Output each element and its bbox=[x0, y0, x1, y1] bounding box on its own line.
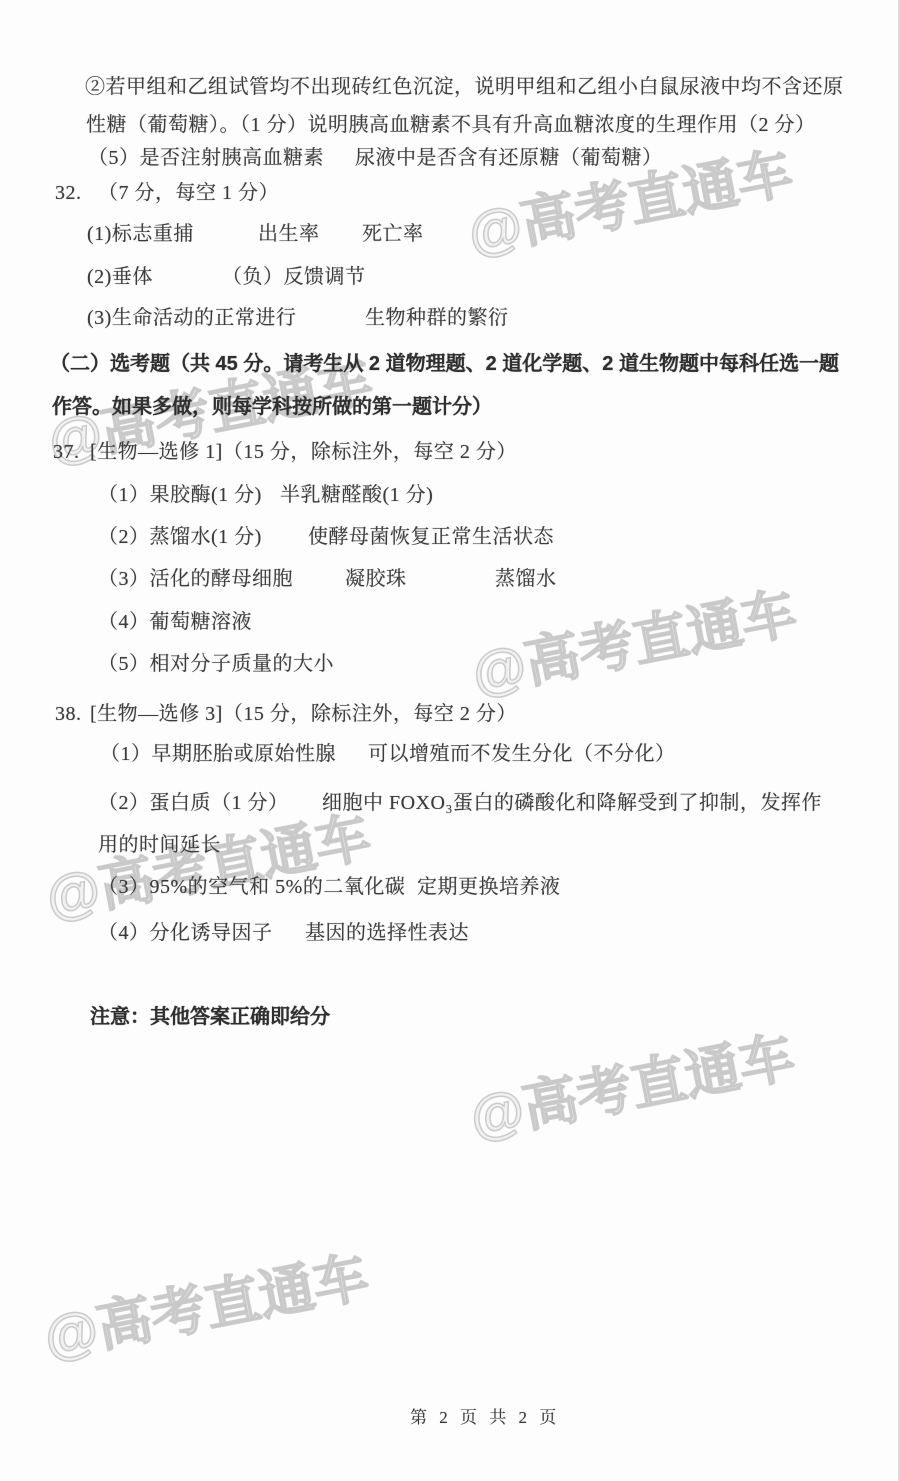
text-segment: （4）葡萄糖溶液 bbox=[98, 610, 252, 635]
document-page: @高考直通车@高考直通车@高考直通车@高考直通车@高考直通车@高考直通车 ②若甲… bbox=[0, 0, 900, 1481]
text-segment: 凝胶珠 bbox=[345, 567, 407, 592]
answer-content: ②若甲组和乙组试管均不出现砖红色沉淀，说明甲组和乙组小白鼠尿液中均不含还原性糖（… bbox=[0, 0, 900, 1481]
text-segment: 38. bbox=[55, 702, 82, 727]
text-segment: [生物—选修 3]（15 分，除标注外，每空 2 分） bbox=[90, 702, 517, 727]
text-segment: 使酵母菌恢复正常生活状态 bbox=[308, 525, 554, 550]
text-segment: 定期更换培养液 bbox=[417, 875, 561, 900]
page-number: 第 2 页 共 2 页 bbox=[410, 1408, 560, 1427]
text-segment: （5）相对分子质量的大小 bbox=[98, 652, 334, 677]
text-segment: 蒸馏水 bbox=[495, 567, 557, 592]
text-segment: 基因的选择性表达 bbox=[305, 921, 469, 946]
text-segment: 尿液中是否含有还原糖（葡萄糖） bbox=[355, 146, 663, 171]
text-segment: 可以增殖而不发生分化（不分化） bbox=[368, 742, 676, 767]
text-segment: （3）活化的酵母细胞 bbox=[98, 567, 293, 592]
text-segment: (3)生命活动的正常进行 bbox=[87, 306, 296, 331]
text-segment: （二）选考题（共 45 分。请考生从 2 道物理题、2 道化学题、2 道生物题中… bbox=[50, 352, 839, 377]
text-segment: 死亡率 bbox=[362, 222, 424, 247]
text-segment: （3）95%的空气和 5%的二氧化碳 bbox=[98, 875, 405, 900]
text-segment: ②若甲组和乙组试管均不出现砖红色沉淀，说明甲组和乙组小白鼠尿液中均不含还原 bbox=[85, 75, 844, 100]
text-segment: 作答。如果多做，则每学科按所做的第一题计分） bbox=[52, 395, 492, 420]
text-segment: 生物种群的繁衍 bbox=[365, 306, 509, 331]
text-segment: （1）早期胚胎或原始性腺 bbox=[100, 742, 336, 767]
text-segment: [生物—选修 1]（15 分，除标注外，每空 2 分） bbox=[90, 440, 517, 465]
text-segment: 出生率 bbox=[258, 222, 320, 247]
text-segment: 半乳糖醛酸(1 分) bbox=[280, 483, 433, 508]
page-footer: 第 2 页 共 2 页 bbox=[377, 1383, 560, 1448]
text-segment: （7 分，每空 1 分） bbox=[98, 181, 279, 206]
text-segment: （2）蒸馏水(1 分) bbox=[98, 525, 262, 550]
text-segment: 性糖（葡萄糖）。（1 分）说明胰高血糖素不具有升高血糖浓度的生理作用（2 分） bbox=[86, 113, 816, 138]
text-segment: (2)垂体 bbox=[87, 265, 153, 290]
text-segment: 32. bbox=[55, 181, 82, 206]
text-segment: （2）蛋白质（1 分） bbox=[98, 791, 289, 816]
text-segment: （5）是否注射胰高血糖素 bbox=[88, 146, 324, 171]
text-segment: （负）反馈调节 bbox=[222, 265, 366, 290]
text-segment: 用的时间延长 bbox=[98, 833, 221, 858]
text-segment: 细胞中 FOXO₃蛋白的磷酸化和降解受到了抑制，发挥作 bbox=[322, 791, 822, 816]
text-segment: (1)标志重捕 bbox=[87, 222, 194, 247]
text-segment: （4）分化诱导因子 bbox=[98, 921, 273, 946]
text-segment: 37. bbox=[53, 440, 80, 465]
text-segment: （1）果胶酶(1 分) bbox=[98, 483, 262, 508]
text-segment: 注意：其他答案正确即给分 bbox=[90, 1005, 330, 1030]
